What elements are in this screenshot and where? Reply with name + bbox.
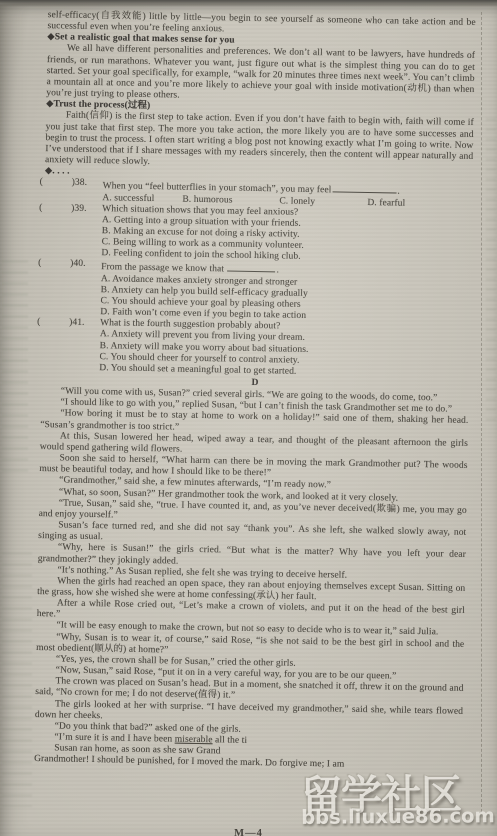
- stem-tail: .: [397, 187, 400, 197]
- bleed-through-smudge: [486, 118, 496, 428]
- question-number: )40.: [70, 259, 86, 270]
- watermark: 留学社区 bbs.liuxue86.com: [301, 774, 495, 829]
- answer-bracket: (: [39, 203, 42, 214]
- answer-bracket: (: [40, 177, 43, 188]
- section-body: We all have different personalities and …: [46, 44, 475, 108]
- answer-blank: [228, 262, 276, 273]
- answer-bracket: (: [37, 317, 40, 328]
- question-number: )39.: [71, 203, 87, 214]
- scanned-exam-page: self-efficacy(自我效能) little by little—you…: [0, 0, 497, 836]
- section-body: Faith(信仰) is the first step to take acti…: [45, 111, 474, 175]
- question-stem: From the passage we know that: [101, 263, 224, 275]
- watermark-url: bbs.liuxue86.com: [301, 804, 495, 829]
- margin-dashed-line: [481, 12, 482, 812]
- underlined-word: miserable: [175, 735, 213, 746]
- scan-top-edge: [0, 0, 497, 7]
- question-number: )41.: [69, 318, 85, 329]
- answer-blank: [332, 183, 396, 194]
- question-number: )38.: [72, 178, 88, 189]
- question-stem: What is the fourth suggestion probably a…: [100, 318, 280, 331]
- answer-bracket: (: [38, 258, 41, 269]
- text-after-underline: all the ti: [213, 735, 248, 746]
- stem-tail: .: [276, 266, 279, 276]
- bleed-through-smudge: [2, 552, 32, 807]
- bleed-through-smudge: [2, 260, 28, 475]
- page-content: self-efficacy(自我效能) little by little—you…: [34, 10, 476, 773]
- page-number: M—4: [0, 828, 497, 836]
